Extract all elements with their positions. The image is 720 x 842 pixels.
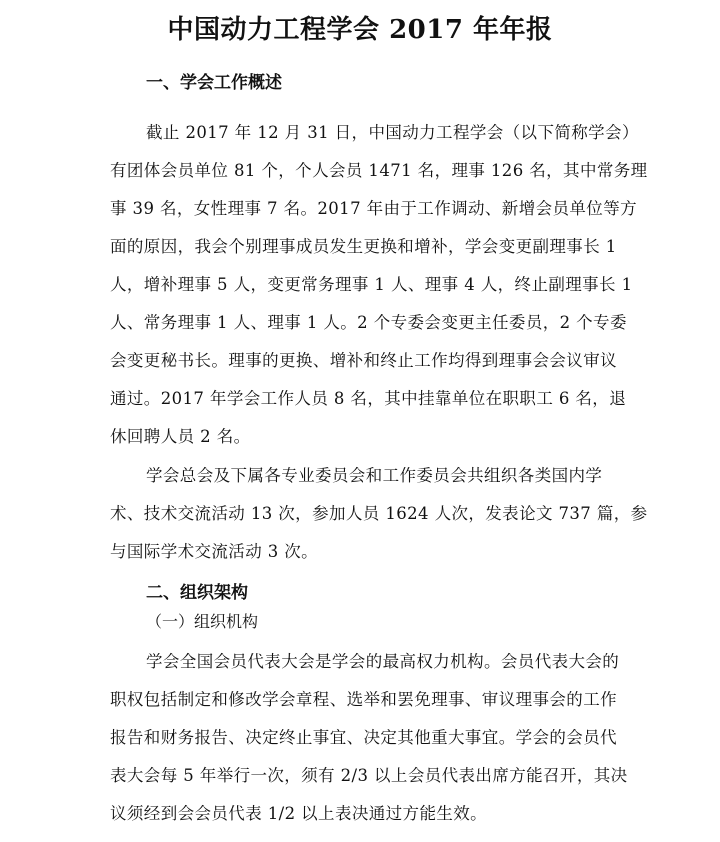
- text-line: 表大会每 5 年举行一次，须有 2/3 以上会员代表出席方能召开，其决: [110, 764, 630, 788]
- text-line: 通过。2017 年学会工作人员 8 名，其中挂靠单位在职职工 6 名，退: [110, 387, 630, 411]
- text-line: 与国际学术交流活动 3 次。: [110, 540, 630, 564]
- text-line: 面的原因，我会个别理事成员发生更换和增补，学会变更副理事长 1: [110, 235, 630, 259]
- text-line: 事 39 名，女性理事 7 名。2017 年由于工作调动、新增会员单位等方: [110, 197, 630, 221]
- section-heading-organization: 二、组织架构: [146, 581, 248, 605]
- text-line: 学会总会及下属各专业委员会和工作委员会共组织各类国内学: [146, 464, 666, 488]
- text-line: 人、常务理事 1 人、理事 1 人。2 个专委会变更主任委员，2 个专委: [110, 311, 630, 335]
- text-line: 会变更秘书长。理事的更换、增补和终止工作均得到理事会会议审议: [110, 349, 630, 373]
- text-line: 术、技术交流活动 13 次，参加人员 1624 人次，发表论文 737 篇，参: [110, 502, 630, 526]
- text-line: 职权包括制定和修改学会章程、选举和罢免理事、审议理事会的工作: [110, 688, 630, 712]
- document-title: 中国动力工程学会 2017 年年报: [0, 12, 720, 48]
- text-line: 人，增补理事 5 人，变更常务理事 1 人、理事 4 人，终止副理事长 1: [110, 273, 630, 297]
- text-line: 报告和财务报告、决定终止事宜、决定其他重大事宜。学会的会员代: [110, 726, 630, 750]
- text-line: 截止 2017 年 12 月 31 日，中国动力工程学会（以下简称学会）: [146, 121, 666, 145]
- text-line: 有团体会员单位 81 个，个人会员 1471 名，理事 126 名，其中常务理: [110, 159, 630, 183]
- text-line: 议须经到会会员代表 1/2 以上表决通过方能生效。: [110, 802, 630, 826]
- text-line: 学会全国会员代表大会是学会的最高权力机构。会员代表大会的: [146, 650, 666, 674]
- subsection-heading: （一）组织机构: [146, 610, 258, 634]
- text-line: 休回聘人员 2 名。: [110, 425, 630, 449]
- section-heading-overview: 一、学会工作概述: [146, 71, 282, 95]
